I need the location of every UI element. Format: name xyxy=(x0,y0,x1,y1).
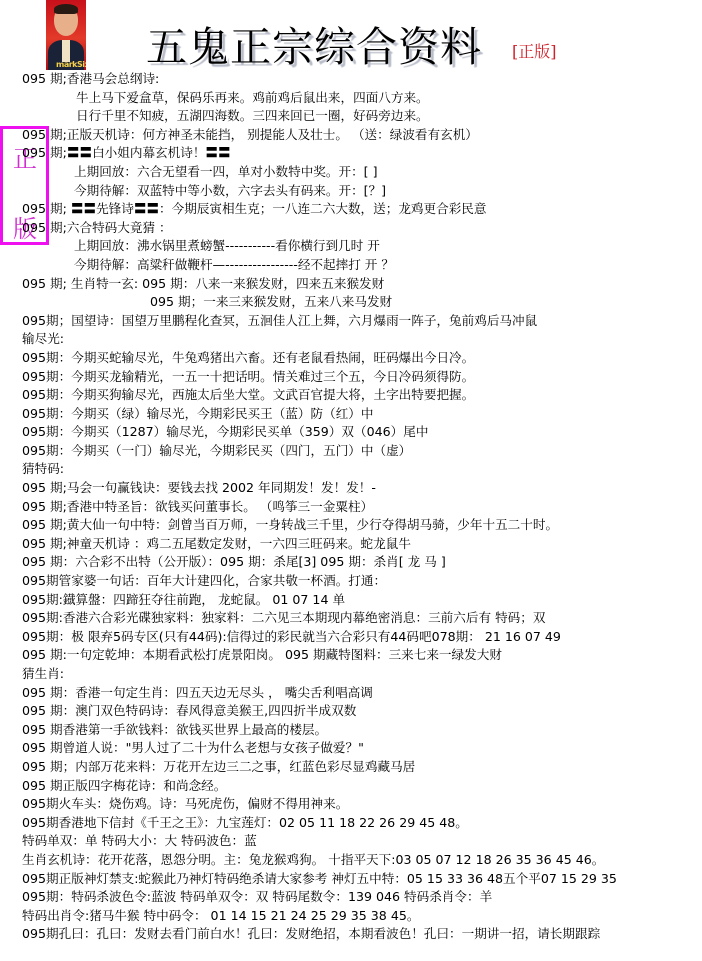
text-line: 特码出肖令:猪马牛猴 特中码令： 01 14 15 21 24 25 29 35… xyxy=(22,907,702,926)
text-line: 095期：今期买狗输尽光，西施太后坐大堂。文武百官提大将，土字出特要把握。 xyxy=(22,386,702,405)
text-line: 095期正版神灯禁支:蛇猴此乃神灯特码绝杀请大家参考 神灯五中特：05 15 3… xyxy=(22,870,702,889)
text-line: 095期:鐡算盤：四蹄狂夺往前跑， 龙蛇鼠。 01 07 14 单 xyxy=(22,591,702,610)
text-line: 095 期;马会一句赢钱诀：要钱去找 2002 年同期发！发！发！- xyxy=(22,479,702,498)
text-line: 095 期：六合彩不出特（公开版）：095 期：杀尾[3] 095 期：杀肖[ … xyxy=(22,553,702,572)
text-line: 095 期正版四字梅花诗：和尚念经。 xyxy=(22,777,702,796)
text-line: 095 期：香港一句定生肖：四五天边无尽头 ， 嘴尖舌利唱高调 xyxy=(22,684,702,703)
page-title: 五鬼正宗综合资料 xyxy=(146,14,482,73)
text-line: 095期香港地下信封《千王之王》：九宝莲灯：02 05 11 18 22 26 … xyxy=(22,814,702,833)
text-line: 095 期; 生肖特一玄: 095 期：八来一来猴发财，四来五来猴发财 xyxy=(22,275,702,294)
text-line: 095期：今期买（1287）输尽光，今期彩民买单（359）双（046）尾中 xyxy=(22,423,702,442)
text-line: 今期待解：高粱秆做鞭杆—----------------经不起摔打 开 ？ xyxy=(22,256,702,275)
text-line: 095期；国望诗：国望万里鹏程化查冥，五洄佳人江上舞，六月爆雨一阵子，兔前鸡后马… xyxy=(22,312,702,331)
text-line: 上期回放：六合无望看一四，单对小数特中奖。开：[ ] xyxy=(22,163,702,182)
avatar-hair xyxy=(54,4,78,14)
text-line: 095 期香港第一手欲钱料：欲钱买世界上最高的楼层。 xyxy=(22,721,702,740)
text-line: 输尽光: xyxy=(22,330,702,349)
text-line: 095期火车头：烧伤鸡。诗：马死虎伤，偏财不得用神来。 xyxy=(22,795,702,814)
text-line: 095 期；内部万花来料：万花开左边三二之事，红蓝色彩尽显鸡藏马居 xyxy=(22,758,702,777)
text-line: 095 期；一来三来猴发财，五来八来马发财 xyxy=(22,293,702,312)
text-line: 095 期曾道人说："男人过了二十为什么老想与女孩子做爱？" xyxy=(22,739,702,758)
text-line: 095 期;〓〓白小姐内幕玄机诗！〓〓 xyxy=(22,144,702,163)
text-line: 095 期;六合特码大竟猜 ： xyxy=(22,219,702,238)
text-line: 095 期;香港中特圣旨：欲钱买问董事长。 （鸣筝三一金粟柱） xyxy=(22,498,702,517)
text-line: 095期管家婆一句话：百年大计建四化，合家共敬一杯酒。打通： xyxy=(22,572,702,591)
text-line: 095期：极 限弃5码专区(只有44码):信得过的彩民就当六合彩只有44码吧07… xyxy=(22,628,702,647)
text-line: 095期：今期买（绿）输尽光，今期彩民买王（蓝）防（红）中 xyxy=(22,405,702,424)
avatar-image: markSix xyxy=(46,0,86,70)
content-body: 095 期;香港马会总纲诗:牛上马下爱盒草，保码乐再来。鸡前鸡后鼠出来，四面八方… xyxy=(22,70,702,944)
text-line: 日行千里不知疲，五湖四海数。三四来回已一圈，好码旁边来。 xyxy=(22,107,702,126)
text-line: 牛上马下爱盒草，保码乐再来。鸡前鸡后鼠出来，四面八方来。 xyxy=(22,89,702,108)
text-line: 095 期;黄大仙一句中特：剑曾当百万师，一身转战三千里，少行夺得胡马骑，少年十… xyxy=(22,516,702,535)
text-line: 今期待解：双蓝特中等小数，六字去头有码来。开：[？] xyxy=(22,182,702,201)
text-line: 095 期;神童天机诗 ：鸡二五尾数定发财，一六四三旺码来。蛇龙鼠牛 xyxy=(22,535,702,554)
text-line: 特码单双：单 特码大小：大 特码波色：蓝 xyxy=(22,832,702,851)
text-line: 095期：今期买（一门）输尽光，今期彩民买（四门，五门）中（虚） xyxy=(22,442,702,461)
text-line: 生肖玄机诗：花开花落，恩怨分明。主：兔龙猴鸡狗。 十指平天下:03 05 07 … xyxy=(22,851,702,870)
text-line: 095期孔曰：孔曰：发财去看门前白水！孔曰：发财绝招，本期看波色！孔曰：一期讲一… xyxy=(22,925,702,944)
text-line: 095期：今期买蛇输尽光，牛兔鸡猪出六畜。还有老鼠看热闹，旺码爆出今日冷。 xyxy=(22,349,702,368)
text-line: 095 期：澳门双色特码诗：春风得意美猴王,四四折半成双数 xyxy=(22,702,702,721)
text-line: 猜特码: xyxy=(22,460,702,479)
avatar-brand-logo: markSix xyxy=(56,60,86,69)
text-line: 095 期;正版天机诗：何方神圣未能挡， 别提能人及壮士。 （送：绿波看有玄机） xyxy=(22,126,702,145)
text-line: 095期:香港六合彩光碟独家料：独家料：二六见三本期现内幕绝密消息：三前六后有 … xyxy=(22,609,702,628)
text-line: 095 期; 〓〓先锋诗〓〓：今期辰寅相生克；一八连二六大数，送；龙鸡更合彩民意 xyxy=(22,200,702,219)
text-line: 095期：特码杀波色令:蓝波 特码单双令：双 特码尾数令：139 046 特码杀… xyxy=(22,888,702,907)
text-line: 猜生肖: xyxy=(22,665,702,684)
edition-badge: [正版] xyxy=(512,39,557,62)
text-line: 095 期;香港马会总纲诗: xyxy=(22,70,702,89)
text-line: 095 期:一句定乾坤：本期看武松打虎景阳岗。 095 期藏特图料：三来七来一绿… xyxy=(22,646,702,665)
header: markSix 五鬼正宗综合资料 [正版] xyxy=(0,0,702,70)
text-line: 095期：今期买龙输精光，一五一十把话明。情关难过三个五，今日冷码须得防。 xyxy=(22,368,702,387)
text-line: 上期回放：沸水锅里煮螃蟹-----------看你横行到几时 开 xyxy=(22,237,702,256)
avatar-shirt xyxy=(62,40,70,62)
